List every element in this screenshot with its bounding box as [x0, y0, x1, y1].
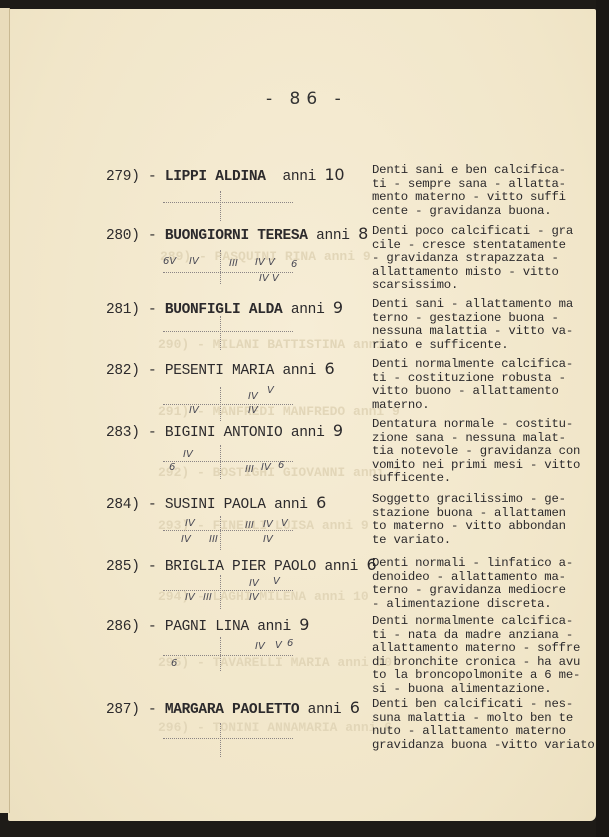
- patient-entry-280: 280) - BUONGIORNI TERESA anni 8: [106, 224, 368, 244]
- entry-description: Denti sani e ben calcifica- ti - sempre …: [372, 164, 602, 218]
- entry-description: Dentatura normale - costitu- zione sana …: [372, 418, 602, 486]
- patient-age: 9: [333, 421, 343, 440]
- patient-age: 10: [324, 165, 344, 184]
- patient-entry-285: 285) - BRIGLIA PIER PAOLO anni 6: [106, 555, 376, 575]
- dental-chart: 6V IV III IV V 6 IV V: [163, 250, 293, 284]
- book-spine-edge: [0, 8, 10, 813]
- age-label: anni: [282, 363, 316, 379]
- entry-number: 284): [106, 497, 140, 513]
- patient-age: 8: [358, 224, 368, 243]
- entry-number: 279): [106, 169, 140, 185]
- chart-vertical-line: [220, 637, 221, 671]
- patient-entry-282: 282) - PESENTI MARIA anni 6: [106, 359, 334, 379]
- chart-vertical-line: [220, 387, 221, 421]
- entry-description: Denti normali - linfatico a- denoideo - …: [372, 557, 602, 611]
- tooth-mark: IV V: [259, 273, 279, 284]
- patient-entry-279: 279) - LIPPI ALDINA anni 10: [106, 165, 344, 185]
- tooth-mark: IV: [185, 518, 195, 529]
- tooth-mark: IV: [248, 405, 258, 416]
- tooth-mark: III: [245, 464, 254, 475]
- tooth-mark: IV: [255, 641, 265, 652]
- dental-chart: [163, 187, 293, 221]
- dental-chart: IV V 6 6: [163, 637, 293, 671]
- chart-vertical-line: [220, 191, 221, 221]
- tooth-mark: IV: [248, 391, 258, 402]
- patient-age: 6: [324, 359, 334, 378]
- dental-chart: IV V IV IV: [163, 387, 293, 421]
- age-label: anni: [291, 302, 325, 318]
- chart-horizontal-line: [163, 530, 293, 531]
- patient-age: 9: [299, 615, 309, 634]
- tooth-mark: IV: [189, 405, 199, 416]
- dental-chart: [163, 316, 293, 350]
- tooth-mark: IV: [185, 592, 195, 603]
- patient-name: LIPPI ALDINA: [165, 169, 266, 185]
- entry-number: 287): [106, 702, 140, 718]
- tooth-mark: IV: [261, 462, 271, 473]
- patient-entry-281: 281) - BUONFIGLI ALDA anni 9: [106, 298, 343, 318]
- age-label: anni: [324, 559, 358, 575]
- tooth-mark: 6: [169, 462, 175, 473]
- entry-description: Denti sani - allattamento ma terno - ges…: [372, 298, 602, 352]
- entry-description: Soggetto gracilissimo - ge- stazione buo…: [372, 493, 602, 547]
- entry-number: 283): [106, 425, 140, 441]
- patient-age: 6: [350, 698, 360, 717]
- page-number: - 86 -: [266, 89, 347, 109]
- tooth-mark: III: [203, 592, 212, 603]
- entry-number: 282): [106, 363, 140, 379]
- patient-name: BRIGLIA PIER PAOLO: [165, 559, 316, 575]
- tooth-mark: IV: [263, 534, 273, 545]
- chart-horizontal-line: [163, 738, 293, 739]
- patient-name: MARGARA PAOLETTO: [165, 702, 299, 718]
- entry-number: 286): [106, 619, 140, 635]
- tooth-mark: 6V: [163, 256, 176, 267]
- chart-horizontal-line: [163, 590, 293, 591]
- entry-description: Denti normalmente calcifica- ti - costit…: [372, 358, 602, 412]
- entry-number: 281): [106, 302, 140, 318]
- tooth-mark: V: [275, 640, 282, 651]
- patient-entry-287: 287) - MARGARA PAOLETTO anni 6: [106, 698, 360, 718]
- patient-name: PESENTI MARIA: [165, 363, 274, 379]
- patient-name: BUONGIORNI TERESA: [165, 228, 308, 244]
- entry-number: 285): [106, 559, 140, 575]
- age-label: anni: [316, 228, 350, 244]
- tooth-mark: 6: [171, 658, 177, 669]
- patient-name: BIGINI ANTONIO: [165, 425, 283, 441]
- chart-vertical-line: [220, 516, 221, 550]
- tooth-mark: 6: [287, 638, 293, 649]
- chart-vertical-line: [220, 445, 221, 479]
- age-label: anni: [308, 702, 342, 718]
- chart-horizontal-line: [163, 461, 293, 462]
- entry-description: Denti normalmente calcifica- ti - nata d…: [372, 615, 602, 697]
- chart-vertical-line: [220, 250, 221, 284]
- tooth-mark: IV: [249, 592, 259, 603]
- chart-horizontal-line: [163, 655, 293, 656]
- dental-chart: IV 6 III IV 6: [163, 445, 293, 479]
- tooth-mark: III: [245, 520, 254, 531]
- patient-entry-283: 283) - BIGINI ANTONIO anni 9: [106, 421, 343, 441]
- chart-horizontal-line: [163, 404, 293, 405]
- tooth-mark: IV V: [255, 257, 275, 268]
- dental-chart: [163, 723, 293, 757]
- age-label: anni: [291, 425, 325, 441]
- tooth-mark: 6: [291, 259, 297, 270]
- patient-age: 6: [316, 493, 326, 512]
- tooth-mark: IV: [181, 534, 191, 545]
- tooth-mark: III: [229, 258, 238, 269]
- tooth-mark: IV: [183, 449, 193, 460]
- age-label: anni: [274, 497, 308, 513]
- chart-vertical-line: [220, 575, 221, 609]
- tooth-mark: 6: [278, 460, 284, 471]
- tooth-mark: IV: [263, 519, 273, 530]
- age-label: anni: [282, 169, 316, 185]
- patient-name: PAGNI LINA: [165, 619, 249, 635]
- age-label: anni: [257, 619, 291, 635]
- tooth-mark: V: [281, 518, 288, 529]
- entry-description: Denti poco calcificati - gra cile - cres…: [372, 225, 602, 293]
- tooth-mark: V: [273, 576, 280, 587]
- tooth-mark: V: [267, 385, 274, 396]
- patient-age: 9: [333, 298, 343, 317]
- patient-entry-284: 284) - SUSINI PAOLA anni 6: [106, 493, 326, 513]
- dental-chart: IV III IV V IV III IV: [163, 516, 293, 550]
- entry-description: Denti ben calcificati - nes- suna malatt…: [372, 698, 602, 752]
- chart-horizontal-line: [163, 202, 293, 203]
- chart-vertical-line: [220, 723, 221, 757]
- patient-entry-286: 286) - PAGNI LINA anni 9: [106, 615, 309, 635]
- chart-vertical-line: [220, 316, 221, 350]
- patient-name: SUSINI PAOLA: [165, 497, 266, 513]
- chart-horizontal-line: [163, 331, 293, 332]
- entry-number: 280): [106, 228, 140, 244]
- tooth-mark: III: [209, 534, 218, 545]
- dental-chart: IV V IV III IV: [163, 575, 293, 609]
- tooth-mark: IV: [249, 578, 259, 589]
- tooth-mark: IV: [189, 256, 199, 267]
